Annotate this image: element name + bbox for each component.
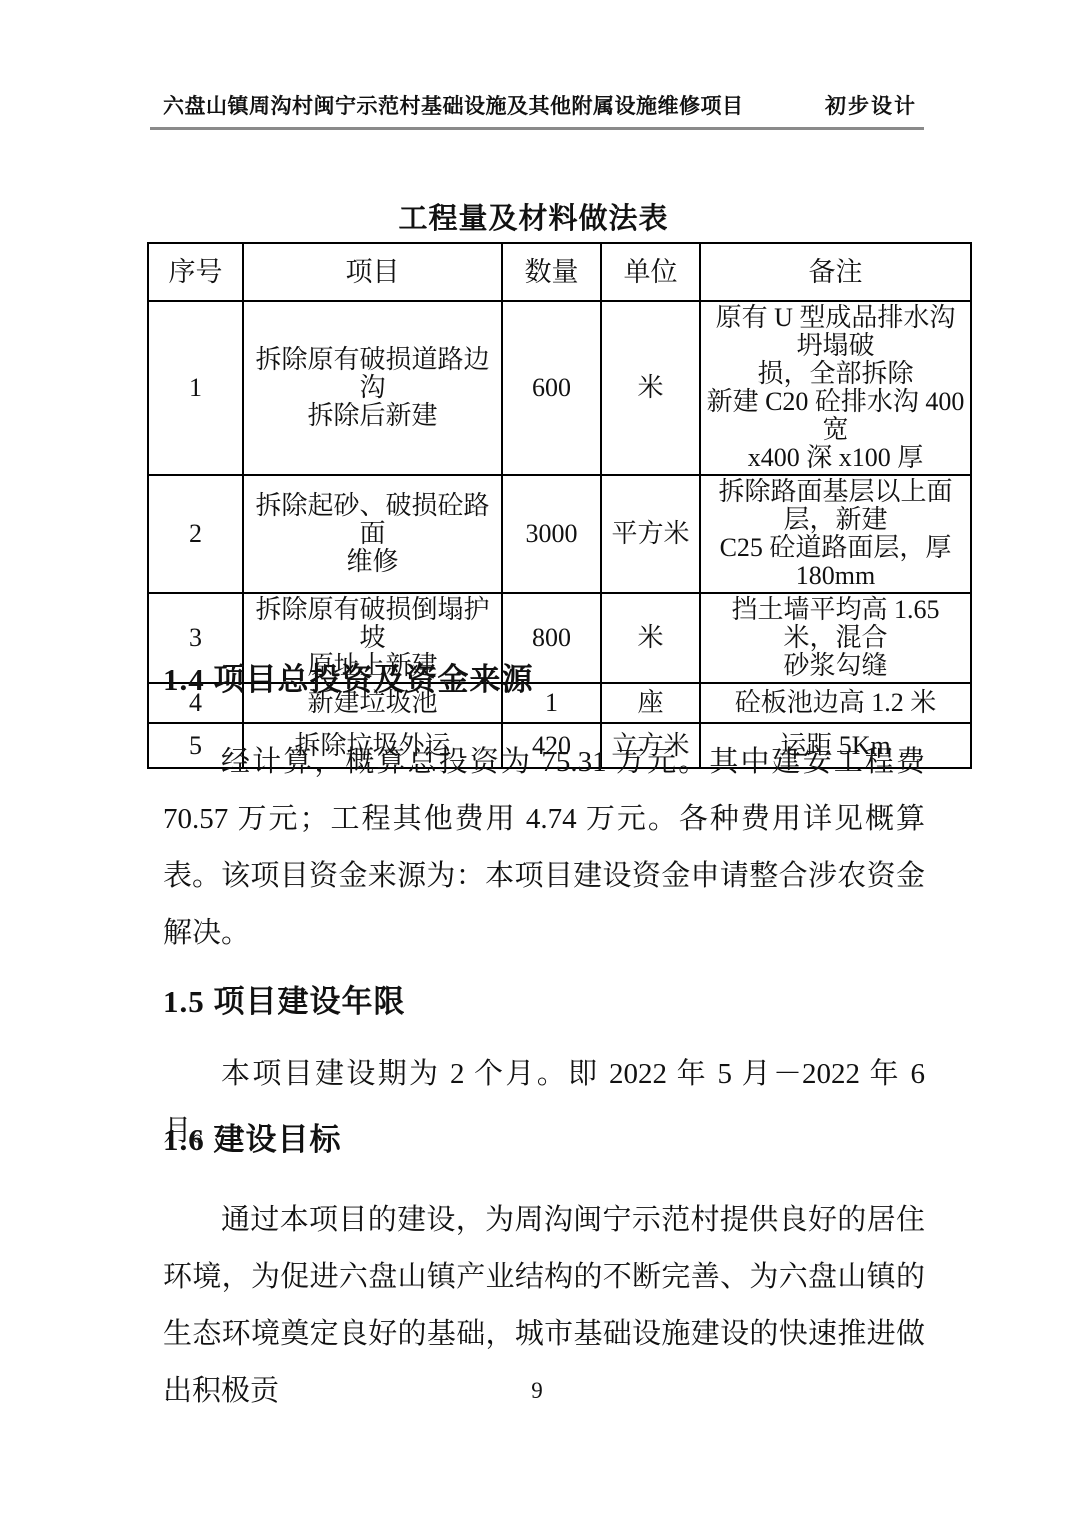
cell-qty: 600 xyxy=(502,301,601,475)
table-title: 工程量及材料做法表 xyxy=(147,196,920,237)
table-header-row: 序号 项目 数量 单位 备注 xyxy=(148,243,971,301)
page-number: 9 xyxy=(0,1378,1074,1404)
column-header-no: 序号 xyxy=(148,243,243,301)
header-doc-stage: 初步设计 xyxy=(825,90,917,120)
table-row: 2 拆除起砂、破损砼路面 维修 3000 平方米 拆除路面基层以上面层，新建 C… xyxy=(148,475,971,593)
cell-remark: 原有 U 型成品排水沟坍塌破 损，全部拆除 新建 C20 砼排水沟 400 宽 … xyxy=(700,301,971,475)
cell-unit: 米 xyxy=(601,301,700,475)
section-heading-1-6: 1.6 建设目标 xyxy=(163,1122,925,1158)
section-heading-1-5: 1.5 项目建设年限 xyxy=(163,984,925,1020)
column-header-qty: 数量 xyxy=(502,243,601,301)
header-project-title: 六盘山镇周沟村闽宁示范村基础设施及其他附属设施维修项目 xyxy=(163,90,744,120)
column-header-unit: 单位 xyxy=(601,243,700,301)
table-row: 1 拆除原有破损道路边沟 拆除后新建 600 米 原有 U 型成品排水沟坍塌破 … xyxy=(148,301,971,475)
paragraph-funding-source: 该项目资金来源为：本项目建设资金申请整合涉农资金解决。 xyxy=(163,848,925,962)
section-heading-1-4: 1.4 项目总投资及资金来源 xyxy=(163,662,925,698)
cell-no: 2 xyxy=(148,475,243,593)
cell-no: 1 xyxy=(148,301,243,475)
column-header-remark: 备注 xyxy=(700,243,971,301)
document-page: 六盘山镇周沟村闽宁示范村基础设施及其他附属设施维修项目 初步设计 工程量及材料做… xyxy=(0,0,1074,1520)
cell-item: 拆除起砂、破损砼路面 维修 xyxy=(243,475,502,593)
cell-item: 拆除原有破损道路边沟 拆除后新建 xyxy=(243,301,502,475)
header-rule xyxy=(150,127,924,130)
cell-unit: 平方米 xyxy=(601,475,700,593)
cell-qty: 3000 xyxy=(502,475,601,593)
cell-remark: 拆除路面基层以上面层，新建 C25 砼道路面层，厚 180mm xyxy=(700,475,971,593)
column-header-item: 项目 xyxy=(243,243,502,301)
